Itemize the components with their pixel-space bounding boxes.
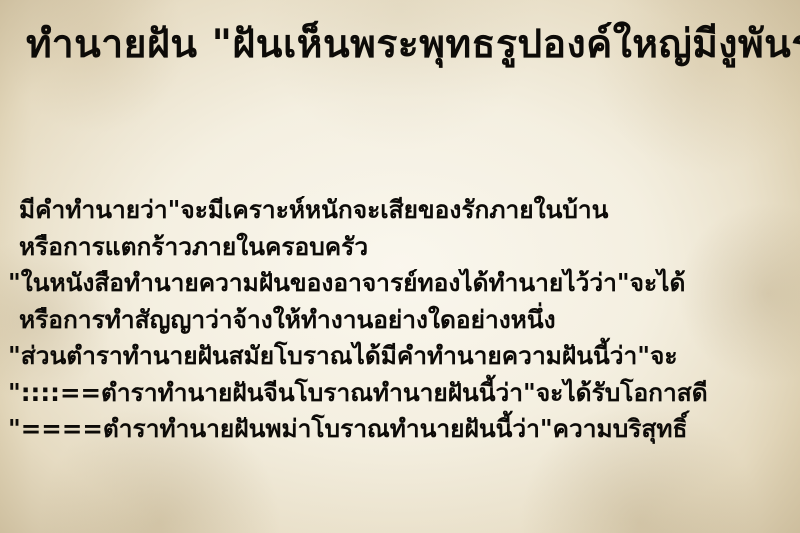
interpretation-line-6: "::::==ตำราทำนายฝันจีนโบราณทำนายฝันนี้ว่… [0, 375, 800, 412]
interpretation-line-1: มีคำทำนายว่า"จะมีเคราะห์หนักจะเสียของรัก… [0, 192, 800, 229]
interpretation-line-5: "ส่วนตำราทำนายฝันสมัยโบราณได้มีคำทำนายคว… [0, 338, 800, 375]
page-title: ทำนายฝัน "ฝันเห็นพระพุทธรูปองค์ใหญ่มีงูพ… [26, 18, 800, 72]
interpretation-line-3: "ในหนังสือทำนายความฝันของอาจารย์ทองได้ทำ… [0, 265, 800, 302]
dream-interpretation-text: มีคำทำนายว่า"จะมีเคราะห์หนักจะเสียของรัก… [0, 192, 800, 448]
interpretation-line-4: หรือการทำสัญญาว่าจ้างให้ทำงานอย่างใดอย่า… [0, 302, 800, 339]
interpretation-line-7: "====ตำราทำนายฝันพม่าโบราณทำนายฝันนี้ว่า… [0, 411, 800, 448]
interpretation-line-2: หรือการแตกร้าวภายในครอบครัว [0, 229, 800, 266]
